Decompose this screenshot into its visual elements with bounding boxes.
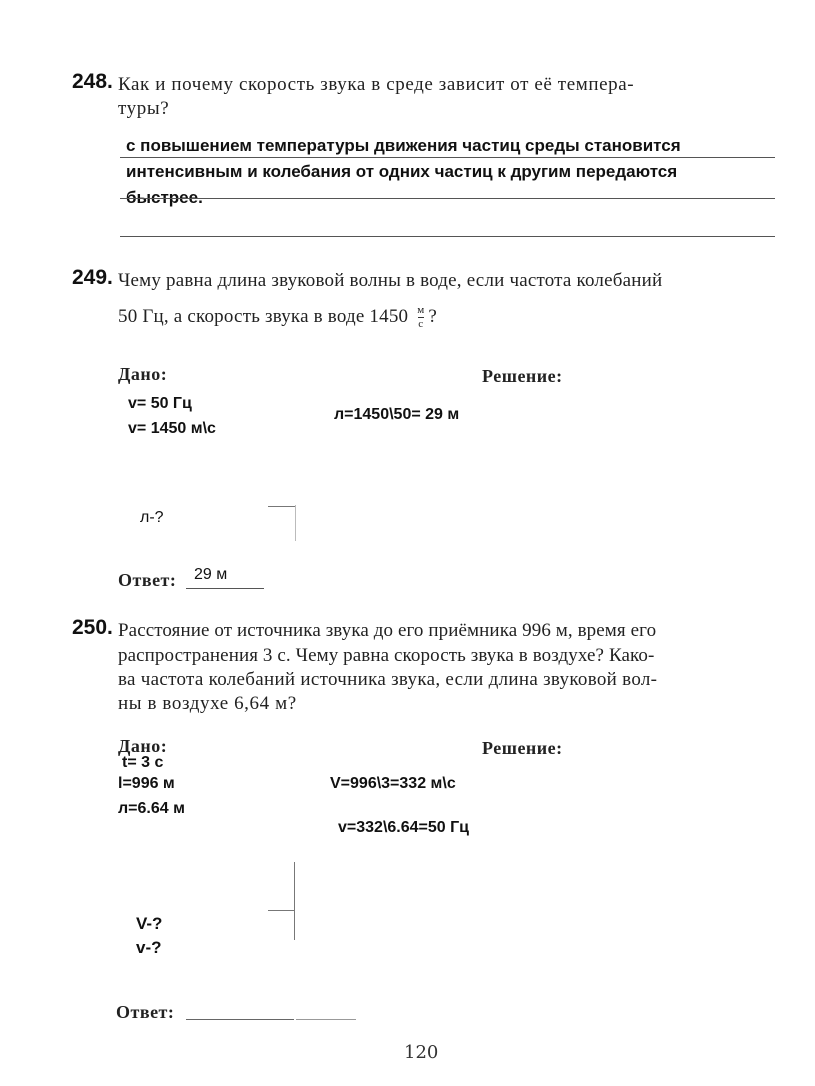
exercise-number: 250. [72, 616, 113, 640]
given-separator [295, 505, 296, 541]
question-line: Как и почему скорость звука в среде зави… [118, 72, 634, 97]
page-number: 120 [404, 1042, 438, 1063]
solution-line: V=996\3=332 м\с [330, 775, 456, 793]
question-line: Чему равна длина звуковой волны в воде, … [118, 268, 662, 293]
question-line: ва частота колебаний источника звука, ес… [118, 667, 657, 692]
question-line: ны в воздухе 6,64 м? [118, 691, 297, 716]
find-item: v-? [136, 938, 162, 958]
exercise-number: 248. [72, 70, 113, 94]
question-line: туры? [118, 96, 169, 121]
given-item: t= 3 с [122, 754, 163, 772]
given-separator [268, 506, 296, 507]
ruled-line [120, 157, 775, 158]
answer-value: 29 м [194, 566, 227, 584]
answer-line: интенсивным и колебания от одних частиц … [126, 162, 677, 182]
given-item: v= 50 Гц [128, 395, 192, 413]
question-line: распространения 3 с. Чему равна скорость… [118, 643, 654, 668]
given-separator [268, 910, 294, 911]
answer-label: Ответ: [118, 570, 176, 591]
solution-label: Решение: [482, 366, 563, 387]
given-item: l=996 м [118, 775, 175, 793]
given-item: л=6.64 м [118, 800, 185, 818]
answer-line [186, 588, 264, 589]
question-line: Расстояние от источника звука до его при… [118, 618, 656, 643]
unit-fraction: м с [417, 305, 424, 330]
solution-line: v=332\6.64=50 Гц [338, 819, 469, 837]
given-item: v= 1450 м\с [128, 420, 216, 438]
question-line: 50 Гц, а скорость звука в воде 1450 м с … [118, 304, 437, 330]
ruled-line [120, 236, 775, 237]
solution-label: Решение: [482, 738, 563, 759]
answer-line [186, 1019, 294, 1020]
find-item: V-? [136, 914, 162, 934]
ruled-line [120, 198, 775, 199]
answer-line: с повышением температуры движения частиц… [126, 136, 681, 156]
given-label: Дано: [118, 364, 167, 385]
solution-line: л=1450\50= 29 м [334, 406, 459, 424]
answer-line [296, 1019, 356, 1020]
exercise-number: 249. [72, 266, 113, 290]
answer-label: Ответ: [116, 1002, 174, 1023]
given-separator [294, 862, 295, 940]
find-item: л-? [140, 509, 164, 527]
